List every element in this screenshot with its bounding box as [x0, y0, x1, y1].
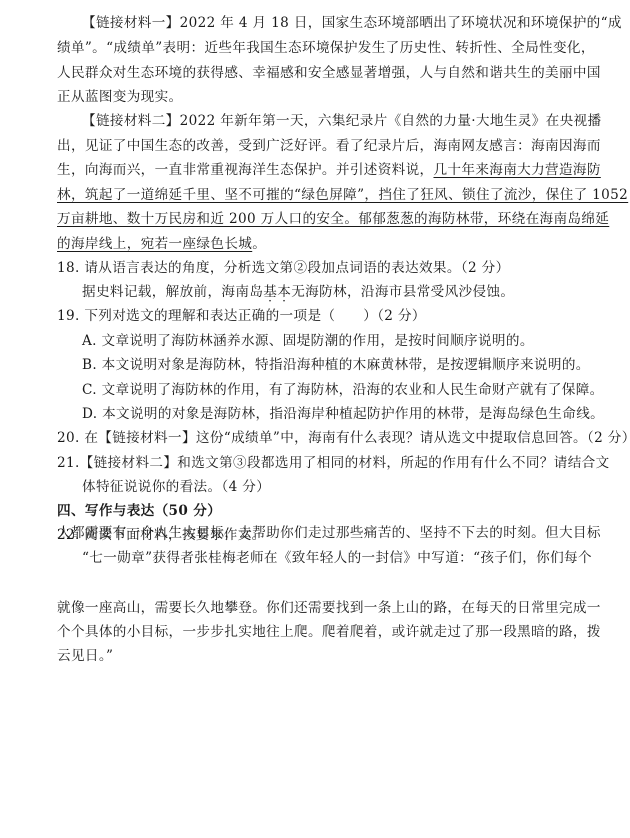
material-two-line-3-plain: 生，向海而兴，一直非常重视海洋生态保护。并引述资料说， [57, 162, 433, 178]
material-two-line-1: 【链接材料二】2022 年新年第一天，六集纪录片《自然的力量·大地生灵》在央视播 [82, 111, 601, 131]
material-two-line-6-end: 。 [252, 236, 266, 252]
material-two-line-6: 的海岸线上，宛若一座绿色长城。 [57, 234, 266, 254]
material-one-line-2: 绩单”。“成绩单”表明：近些年我国生态环境保护发生了历史性、转折性、全局性变化， [57, 38, 595, 58]
underlined-passage-line-2: 林，筑起了一道绵延千里、坚不可摧的“绿色屏障”，挡住了狂风、锁住了流沙，保住了 … [57, 185, 628, 205]
question-20-prompt: 20. 在【链接材料一】这份“成绩单”中，海南有什么表现？请从选文中提取信息回答… [57, 428, 630, 448]
question-19-option-c: C. 文章说明了海防林的作用，有了海防林，沿海的农业和人民生命财产就有了保障。 [82, 380, 604, 400]
question-19-prompt: 19. 下列对选文的理解和表达正确的一项是（ ）（2 分） [57, 306, 426, 326]
underlined-passage-line-3: 万亩耕地、数十万民房和近 200 万人口的安全。郁郁葱葱的海防林带，环绕在海南岛… [57, 209, 609, 229]
underlined-passage-end: 的海岸线上，宛若一座绿色长城 [57, 236, 252, 252]
material-one-line-1: 【链接材料一】2022 年 4 月 18 日，国家生态环境部晒出了环境状况和环境… [82, 13, 622, 33]
q22-para1-line-5: 云见日。” [57, 646, 113, 666]
question-19-option-b: B. 本文说明对象是海防林，特指沿海种植的木麻黄林带，是按逻辑顺序来说明的。 [82, 355, 590, 375]
question-21-line-1: 21.【链接材料二】和选文第③段都选用了相同的材料，所起的作用有什么不同？请结合… [57, 453, 610, 473]
question-18-quote: 据史料记载，解放前，海南岛基本无海防林，沿海市县常受风沙侵蚀。 [82, 282, 514, 302]
underlined-passage-start: 几十年来海南大力营造海防 [433, 162, 600, 178]
emphasis-dot-char-1: 基 [263, 284, 277, 300]
material-two-line-3: 生，向海而兴，一直非常重视海洋生态保护。并引述资料说，几十年来海南大力营造海防 [57, 160, 601, 180]
question-18-prompt: 18. 请从语言表达的角度，分析选文第②段加点词语的表达效果。（2 分） [57, 258, 510, 278]
material-one-line-3: 人民群众对生态环境的获得感、幸福感和安全感显著增强，人与自然和谐共生的美丽中国 [57, 63, 601, 83]
q22-para1-line-4: 个个具体的小目标，一步步扎实地往上爬。爬着爬着，或许就走过了那一段黑暗的路，拨 [57, 622, 601, 642]
q22-para1-line-1: “七一勋章”获得者张桂梅老师在《致年轻人的一封信》中写道：“孩子们，你们每个 [82, 548, 592, 568]
material-two-line-2: 出，见证了中国生态的改善，受到广泛好评。看了纪录片后，海南网友感言：海南因海而 [57, 136, 601, 156]
question-21-line-2: 体特征说说你的看法。（4 分） [82, 477, 270, 497]
q18-quote-before: 据史料记载，解放前，海南岛 [82, 284, 263, 300]
q22-para1-line-2: 人都需要有一个人生大目标，去帮助你们走过那些痛苦的、坚持不下去的时刻。但大目标 [57, 523, 601, 543]
material-one-line-4: 正从蓝图变为现实。 [57, 87, 183, 107]
emphasis-dot-char-2: 本 [277, 284, 291, 300]
q18-quote-after: 无海防林，沿海市县常受风沙侵蚀。 [291, 284, 514, 300]
section-four-heading: 四、写作与表达（50 分） [57, 501, 221, 521]
question-19-option-d: D. 本文说明的对象是海防林，指沿海岸种植起防护作用的林带，是海岛绿色生命线。 [82, 404, 604, 424]
question-19-option-a: A. 文章说明了海防林涵养水源、固堤防潮的作用，是按时间顺序说明的。 [82, 331, 534, 351]
q22-para1-line-3: 就像一座高山，需要长久地攀登。你们还需要找到一条上山的路，在每天的日常里完成一 [57, 598, 601, 618]
